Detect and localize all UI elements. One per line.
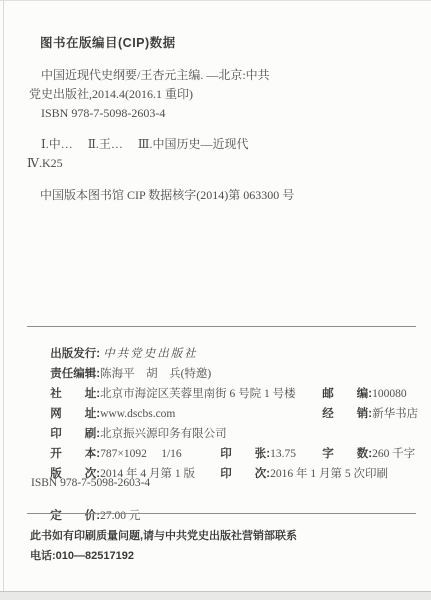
cip-line-3: ISBN 978-7-5098-2603-4 xyxy=(41,106,165,120)
printer-row: 印 刷:北京振兴源印务有限公司 xyxy=(0,413,431,429)
impression-label: 印 次: xyxy=(220,468,270,480)
publisher-row: 出版发行: 中共党史出版社 xyxy=(0,333,431,349)
price-value: 27.00 元 xyxy=(100,510,140,522)
notice-line-2: 电话:010—82517192 xyxy=(30,547,134,563)
book-copyright-page: 图书在版编目(CIP)数据 中国近现代史纲要/王杏元主编. —北京:中共 党史出… xyxy=(0,0,431,600)
editor-row: 责任编辑:陈海平 胡 兵(特邀) xyxy=(0,353,431,369)
divider-bottom xyxy=(27,513,416,514)
cip-line-1: 中国近现代史纲要/王杏元主编. —北京:中共 xyxy=(41,68,270,82)
isbn-line: ISBN 978-7-5098-2603-4 xyxy=(31,476,150,490)
page-edge-top xyxy=(0,0,431,1)
cip-line-2: 党史出版社,2014.4(2016.1 重印) xyxy=(29,87,193,101)
format-row: 开 本:787×1092 1/16 印 张:13.75 字 数:260 千字 xyxy=(0,433,431,449)
divider-top xyxy=(27,326,416,327)
cip-record-number: 中国版本图书馆 CIP 数据核字(2014)第 063300 号 xyxy=(40,188,294,202)
price-label: 定 价: xyxy=(50,510,100,522)
website-row: 网 址:www.dscbs.com 经 销:新华书店 xyxy=(0,393,431,409)
notice-line-1: 此书如有印刷质量问题,请与中共党史出版社营销部联系 xyxy=(30,527,297,543)
cip-title: 图书在版编目(CIP)数据 xyxy=(40,36,176,50)
cip-classification-2: Ⅳ.K25 xyxy=(27,156,63,170)
cip-classification: Ⅰ.中… Ⅱ.王… Ⅲ.中国历史—近现代 xyxy=(41,137,248,151)
price-row: 定 价:27.00 元 xyxy=(0,495,431,511)
page-bottom-edge xyxy=(0,591,431,600)
address-row: 社 址:北京市海淀区芙蓉里南街 6 号院 1 号楼 邮 编:100080 xyxy=(0,373,431,389)
edition-row: 版 次:2014 年 4 月第 1 版 印 次:2016 年 1 月第 5 次印… xyxy=(0,453,431,469)
impression-value: 2016 年 1 月第 5 次印刷 xyxy=(270,468,388,480)
